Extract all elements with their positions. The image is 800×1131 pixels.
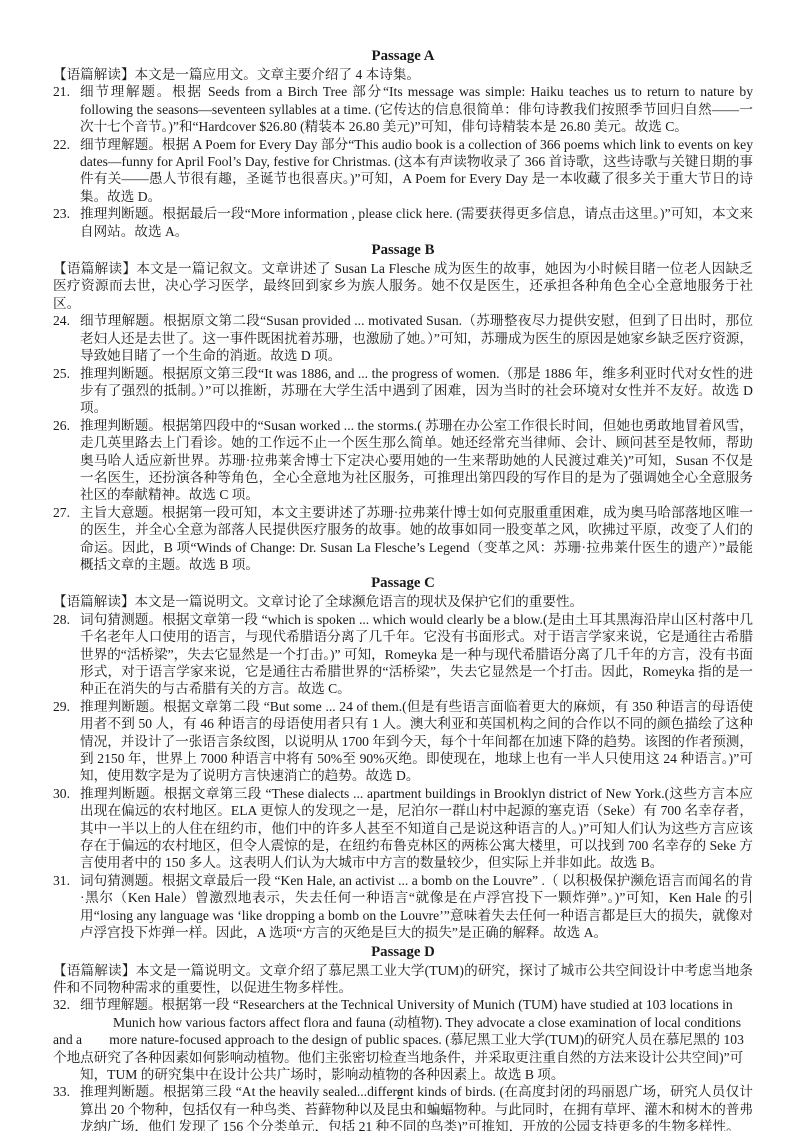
item-number: 26.: [53, 417, 70, 434]
answer-item: 32.细节理解题。根据第一段 “Researchers at the Techn…: [53, 996, 753, 1083]
item-number: 32.: [53, 996, 70, 1013]
item-text: 推理判断题。根据文章第三段 “These dialects ... apartm…: [80, 786, 753, 871]
item-number: 25.: [53, 365, 70, 382]
item-text: 细节理解题。根据 Seeds from a Birch Tree 部分“Its …: [80, 84, 753, 134]
item-text: 词句猜测题。根据文章最后一段 “Ken Hale, an activist ..…: [80, 873, 753, 940]
passage-heading: Passage D: [53, 943, 753, 961]
document-content: Passage A【语篇解读】本文是一篇应用文。文章主要介绍了 4 本诗集。21…: [53, 46, 753, 1131]
item-number: 29.: [53, 698, 70, 715]
item-text: 主旨大意题。根据第一段可知，本文主要讲述了苏珊·拉弗莱什博士如何克服重重困难，成…: [80, 505, 753, 572]
answer-item: 31.词句猜测题。根据文章最后一段 “Ken Hale, an activist…: [53, 872, 753, 942]
passage-intro: 【语篇解读】本文是一篇说明文。文章讨论了全球濒危语言的现状及保护它们的重要性。: [53, 593, 753, 610]
item-text: 词句猜测题。根据文章第一段 “which is spoken ... which…: [80, 612, 753, 697]
item-number: 23.: [53, 205, 70, 222]
item-number: 21.: [53, 83, 70, 100]
passage-intro: 【语篇解读】本文是一篇记叙文。文章讲述了 Susan La Flesche 成为…: [53, 260, 753, 312]
passage-heading: Passage C: [53, 574, 753, 592]
passage-intro: 【语篇解读】本文是一篇说明文。文章介绍了慕尼黑工业大学(TUM)的研究，探讨了城…: [53, 962, 753, 997]
item-line: 细节理解题。根据第一段 “Researchers at the Technica…: [80, 996, 753, 1013]
item-text: 推理判断题。根据第四段中的“Susan worked ... the storm…: [80, 418, 753, 503]
item-number: 24.: [53, 312, 70, 329]
item-line: 知，TUM 的研究集中在设计公共广场时，影响动植物的各种因素上。故选 B 项。: [80, 1066, 753, 1083]
answer-item: 29.推理判断题。根据文章第二段 “But some ... 24 of the…: [53, 698, 753, 785]
item-text: 细节理解题。根据原文第二段“Susan provided ... motivat…: [80, 313, 753, 363]
answer-item: 24.细节理解题。根据原文第二段“Susan provided ... moti…: [53, 312, 753, 364]
passage-heading: Passage A: [53, 47, 753, 65]
answer-item: 26.推理判断题。根据第四段中的“Susan worked ... the st…: [53, 417, 753, 504]
item-number: 28.: [53, 611, 70, 628]
page-number: 2: [0, 1087, 800, 1103]
item-line: and a more nature-focused approach to th…: [53, 1031, 753, 1048]
item-number: 30.: [53, 785, 70, 802]
item-line: 个地点研究了各种因素如何影响动植物。他们主张密切检查当地条件，并采取更注重自然的…: [53, 1049, 753, 1066]
item-number: 22.: [53, 136, 70, 153]
passage-heading: Passage B: [53, 241, 753, 259]
answer-item: 27.主旨大意题。根据第一段可知，本文主要讲述了苏珊·拉弗莱什博士如何克服重重困…: [53, 504, 753, 574]
answer-item: 21.细节理解题。根据 Seeds from a Birch Tree 部分“I…: [53, 83, 753, 135]
item-text: 推理判断题。根据文章第二段 “But some ... 24 of them.(…: [80, 699, 753, 784]
item-text: 细节理解题。根据 A Poem for Every Day 部分“This au…: [80, 137, 753, 204]
passage-intro: 【语篇解读】本文是一篇应用文。文章主要介绍了 4 本诗集。: [53, 66, 753, 83]
answer-item: 30.推理判断题。根据文章第三段 “These dialects ... apa…: [53, 785, 753, 872]
item-text: 推理判断题。根据原文第三段“It was 1886, and ... the p…: [80, 366, 753, 416]
item-number: 27.: [53, 504, 70, 521]
answer-item: 28.词句猜测题。根据文章第一段 “which is spoken ... wh…: [53, 611, 753, 698]
document-page: Passage A【语篇解读】本文是一篇应用文。文章主要介绍了 4 本诗集。21…: [0, 0, 800, 1131]
item-line: Munich how various factors affect flora …: [113, 1014, 753, 1031]
answer-item: 25.推理判断题。根据原文第三段“It was 1886, and ... th…: [53, 365, 753, 417]
answer-item: 22.细节理解题。根据 A Poem for Every Day 部分“This…: [53, 136, 753, 206]
item-text: 推理判断题。根据最后一段“More information , please c…: [80, 206, 753, 238]
answer-item: 23.推理判断题。根据最后一段“More information , pleas…: [53, 205, 753, 240]
item-number: 31.: [53, 872, 70, 889]
